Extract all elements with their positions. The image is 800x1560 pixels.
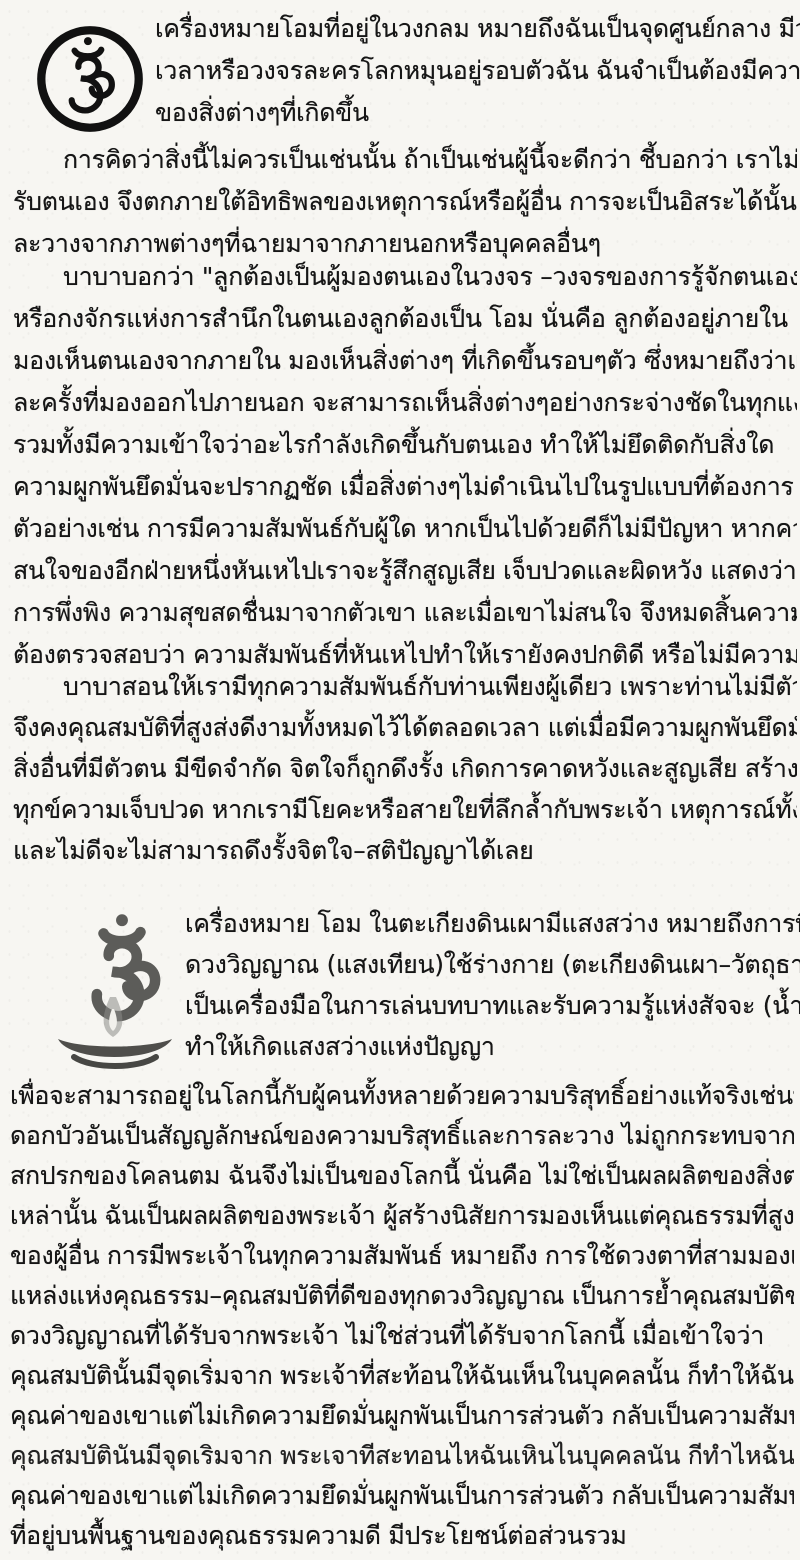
text-line: สนใจของอีกฝ่ายหนึ่งหันเหไปเราจะรู้สึกสูญ…: [13, 550, 797, 592]
relationship-with-god-paragraph: บาบาสอนให้เรามีทุกความสัมพันธ์กับท่านเพี…: [13, 666, 797, 871]
text-line: และไม่ดีจะไม่สามารถดึงรั้งจิตใจ–สติปัญญา…: [13, 830, 797, 871]
text-line: เครื่องหมาย โอม ในตะเกียงดินเผามีแสงสว่า…: [185, 903, 800, 944]
text-line: คุณค่าของเขาแต่ไม่เกิดความยึดมั่นผูกพันเ…: [10, 1396, 794, 1436]
om-circle-meaning-paragraph: เครื่องหมายโอมที่อยู่ในวงกลม หมายถึงฉันเ…: [155, 8, 800, 134]
text-line: บาบาสอนให้เรามีทุกความสัมพันธ์กับท่านเพี…: [13, 666, 797, 707]
text-line: ที่อยู่บนพื้นฐานของคุณธรรมความดี มีประโย…: [10, 1516, 794, 1556]
text-line: เวลาหรือวงจรละครโลกหมุนอยู่รอบตัวฉัน ฉัน…: [155, 50, 800, 92]
om-on-oil-lamp-icon: [40, 893, 190, 1085]
scanned-document-page: เครื่องหมายโอมที่อยู่ในวงกลม หมายถึงฉันเ…: [0, 0, 800, 1560]
text-line: คุณสมบัตินันมีจุดเริมจาก พระเจาทีสะทอนไห…: [10, 1436, 794, 1476]
text-line: เหล่านั้น ฉันเป็นผลผลิตของพระเจ้า ผู้สร้…: [10, 1196, 794, 1236]
text-line: ทุกข์ความเจ็บปวด หากเรามีโยคะหรือสายใยที…: [13, 789, 797, 830]
text-line: ทำให้เกิดแสงสว่างแห่งปัญญา: [185, 1026, 800, 1067]
text-line: ดอกบัวอันเป็นสัญญลักษณ์ของความบริสุทธิ์แ…: [10, 1116, 794, 1156]
text-line: เป็นเครื่องมือในการเล่นบทบาทและรับความรู…: [185, 985, 800, 1026]
self-acceptance-paragraph: การคิดว่าสิ่งนี้ไม่ควรเป็นเช่นนั้น ถ้าเป…: [13, 139, 797, 265]
text-line: การพึ่งพิง ความสุขสดชื่นมาจากตัวเขา และเ…: [13, 592, 797, 634]
text-line: ของสิ่งต่างๆที่เกิดขึ้น: [155, 92, 800, 134]
text-line: จึงคงคุณสมบัติที่สูงส่งดีงามทั้งหมดไว้ได…: [13, 707, 797, 748]
om-lamp-meaning-paragraph: เครื่องหมาย โอม ในตะเกียงดินเผามีแสงสว่า…: [185, 903, 800, 1067]
text-line: หรือกงจักรแห่งการสำนึกในตนเองลูกต้องเป็น…: [13, 298, 797, 340]
text-line: ความผูกพันยึดมั่นจะปรากฏชัด เมื่อสิ่งต่า…: [13, 466, 797, 508]
text-line: แหล่งแห่งคุณธรรม–คุณสมบัติที่ดีของทุกดวง…: [10, 1276, 794, 1316]
text-line: ของผู้อื่น การมีพระเจ้าในทุกความสัมพันธ์…: [10, 1236, 794, 1276]
text-line: สกปรกของโคลนตม ฉันจึงไม่เป็นของโลกนี้ นั…: [10, 1156, 794, 1196]
text-line: คุณสมบัตินั้นมีจุดเริ่มจาก พระเจ้าที่สะท…: [10, 1356, 794, 1396]
text-line: เพื่อจะสามารถอยู่ในโลกนี้กับผู้คนทั้งหลา…: [10, 1076, 794, 1116]
text-line: รวมทั้งมีความเข้าใจว่าอะไรกำลังเกิดขึ้นก…: [13, 424, 797, 466]
lotus-purity-paragraph: เพื่อจะสามารถอยู่ในโลกนี้กับผู้คนทั้งหลา…: [10, 1076, 794, 1556]
text-line: ดวงวิญญาณที่ได้รับจากพระเจ้า ไม่ใช่ส่วนท…: [10, 1316, 794, 1356]
text-line: การคิดว่าสิ่งนี้ไม่ควรเป็นเช่นนั้น ถ้าเป…: [13, 139, 797, 181]
text-line: ดวงวิญญาณ (แสงเทียน)ใช้ร่างกาย (ตะเกียงด…: [185, 944, 800, 985]
text-line: รับตนเอง จึงตกภายใต้อิทธิพลของเหตุการณ์ห…: [13, 181, 797, 223]
text-line: สิ่งอื่นที่มีตัวตน มีขีดจำกัด จิตใจก็ถูก…: [13, 748, 797, 789]
text-line: ละครั้งที่มองออกไปภายนอก จะสามารถเห็นสิ่…: [13, 382, 797, 424]
text-line: มองเห็นตนเองจากภายใน มองเห็นสิ่งต่างๆ ที…: [13, 340, 797, 382]
om-in-circle-icon: [33, 22, 147, 140]
text-line: เครื่องหมายโอมที่อยู่ในวงกลม หมายถึงฉันเ…: [155, 8, 800, 50]
text-line: บาบาบอกว่า "ลูกต้องเป็นผู้มองตนเองในวงจร…: [13, 256, 797, 298]
text-line: คุณค่าของเขาแต่ไม่เกิดความยึดมั่นผูกพันเ…: [10, 1476, 794, 1516]
text-line: ตัวอย่างเช่น การมีความสัมพันธ์กับผู้ใด ห…: [13, 508, 797, 550]
baba-teaching-paragraph: บาบาบอกว่า "ลูกต้องเป็นผู้มองตนเองในวงจร…: [13, 256, 797, 676]
